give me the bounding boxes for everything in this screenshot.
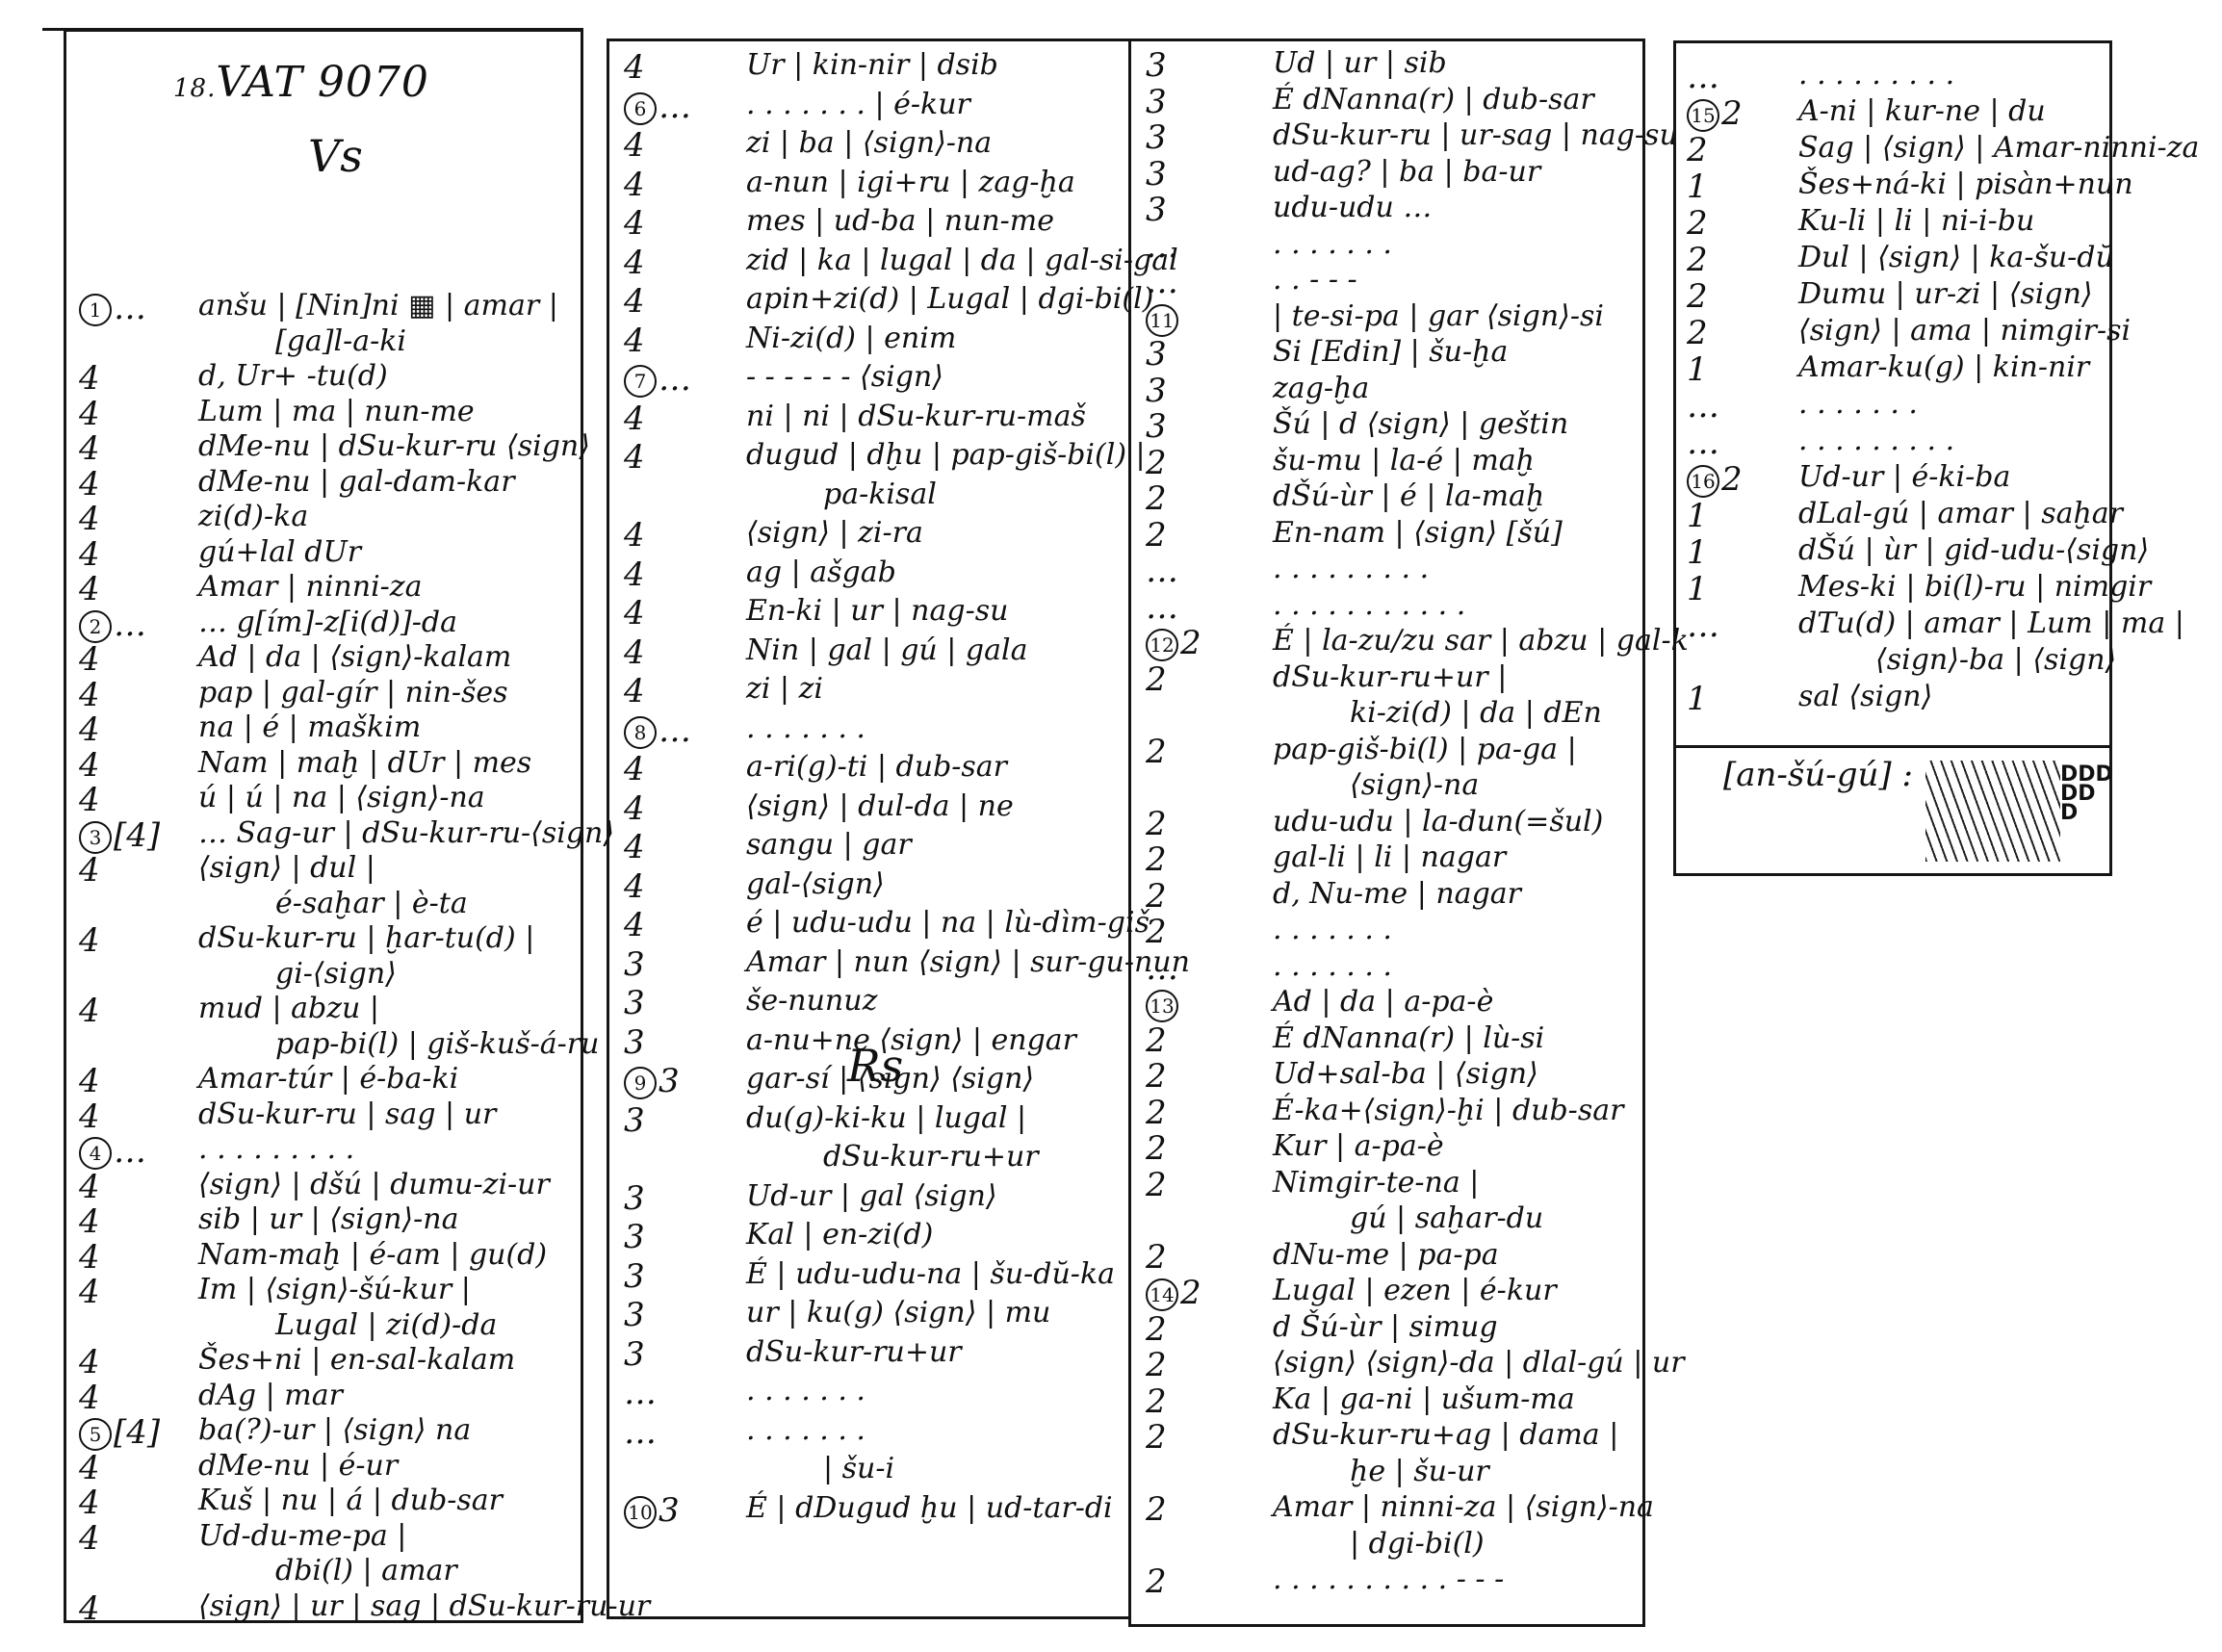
line-row: 4zi | zi — [607, 672, 1131, 710]
count-value: … — [114, 606, 146, 644]
line-count: 2 — [1146, 444, 1167, 482]
line-row: ⟨sign⟩-ba | ⟨sign⟩ — [1673, 643, 2112, 682]
transliteration-text: . . . . . . . . . — [1273, 552, 1429, 585]
count-value: 2 — [1180, 624, 1201, 662]
line-row: 6…. . . . . . . | é-kur — [607, 88, 1131, 126]
line-count: 4 — [79, 746, 100, 785]
count-value: 4 — [624, 166, 645, 204]
line-count: 4 — [79, 1202, 100, 1241]
line-row: 2dSu-kur-ru+ag | dama | — [1128, 1418, 1645, 1457]
transliteration-text: ú | ú | na | ⟨sign⟩-na — [198, 781, 485, 814]
count-value: 4 — [79, 1379, 100, 1417]
count-value: 4 — [79, 1589, 100, 1628]
line-count: 4 — [79, 710, 100, 749]
transliteration-text: sib | ur | ⟨sign⟩-na — [198, 1202, 458, 1236]
transliteration-text: Ud-du-me-pa | — [198, 1519, 406, 1553]
line-row: 3dSu-kur-ru | ur-sag | nag-su — [1128, 118, 1645, 157]
line-count: … — [624, 1413, 657, 1452]
count-value: 4 — [624, 555, 645, 594]
line-row: 3ur | ku(g) ⟨sign⟩ | mu — [607, 1296, 1131, 1334]
count-value: 4 — [624, 828, 645, 866]
transliteration-text: . . . . . . . — [1798, 387, 1918, 421]
line-row: …. . . . . . . — [1128, 227, 1645, 266]
count-value: 3 — [624, 1218, 645, 1256]
count-value: 3 — [659, 1491, 680, 1530]
line-row: 2…… g[ím]-z[i(d)]-da — [64, 606, 583, 644]
broken-area-hatching — [1925, 761, 2060, 862]
count-value: … — [1687, 607, 1719, 645]
count-value: 4 — [79, 1168, 100, 1206]
line-row: 4dMe-nu | dSu-kur-ru ⟨sign⟩ — [64, 429, 583, 468]
count-value: 2 — [1146, 1562, 1167, 1601]
line-count: 1… — [79, 289, 146, 327]
line-row: 3É dNanna(r) | dub-sar — [1128, 83, 1645, 121]
line-count: 4 — [624, 400, 645, 438]
line-row: 1Šes+ná-ki | pisàn+nun — [1673, 168, 2112, 206]
transliteration-text: Ad | da | ⟨sign⟩-kalam — [198, 640, 511, 674]
line-row: 1Mes-ki | bi(l)-ru | nimgir — [1673, 570, 2112, 608]
count-value: … — [1146, 552, 1178, 590]
transliteration-text: Amar | ninni-za — [198, 570, 423, 604]
line-count: 2 — [1146, 660, 1167, 699]
line-count: 2 — [1687, 131, 1708, 169]
line-count: 162 — [1687, 460, 1743, 499]
section-number-circle: 13 — [1146, 990, 1178, 1022]
count-value: … — [1687, 424, 1719, 462]
line-row: 5[4]ba(?)-ur | ⟨sign⟩ na — [64, 1413, 583, 1452]
line-count: 4 — [79, 921, 100, 960]
count-value: 2 — [1146, 1094, 1167, 1132]
section-number-circle: 14 — [1146, 1278, 1178, 1311]
transliteration-text: . . . . . . . . . . . — [1273, 588, 1465, 622]
transliteration-text: dSu-kur-ru+ag | dama | — [1273, 1418, 1618, 1452]
line-row: | šu-i — [607, 1452, 1131, 1490]
section-number-circle: 16 — [1687, 465, 1719, 498]
transliteration-text: Kur | a-pa-è — [1273, 1129, 1444, 1163]
transliteration-text: Dumu | ur-zi | ⟨sign⟩ — [1798, 277, 2093, 311]
count-value: 4 — [79, 992, 100, 1030]
line-row: 2Amar | ninni-za | ⟨sign⟩-na — [1128, 1490, 1645, 1529]
line-count: 3 — [624, 1296, 645, 1334]
transliteration-text: d, Nu-me | nagar — [1273, 877, 1521, 911]
line-count: 4 — [79, 465, 100, 503]
line-count: 4 — [79, 1449, 100, 1487]
line-row: 4zi(d)-ka — [64, 500, 583, 538]
line-count: 7… — [624, 360, 691, 399]
section-number-circle: 11 — [1146, 304, 1178, 337]
count-value: 3 — [1146, 191, 1167, 229]
count-value: 4 — [624, 48, 645, 87]
count-value: … — [1687, 58, 1719, 96]
line-row: 4Lum | ma | nun-me — [64, 395, 583, 433]
line-row: 4gal-⟨sign⟩ — [607, 867, 1131, 906]
count-value: 3 — [1146, 46, 1167, 85]
transliteration-text: dSu-kur-ru+ur — [823, 1140, 1039, 1174]
line-count: 1 — [1687, 680, 1708, 718]
line-row: 2. . . . . . . . . . - - - — [1128, 1562, 1645, 1601]
line-row: dSu-kur-ru+ur — [607, 1140, 1131, 1178]
line-count: 1 — [1687, 533, 1708, 572]
transliteration-text: pap | gal-gír | nin-šes — [198, 676, 508, 710]
count-value: 2 — [1146, 660, 1167, 699]
transliteration-text: zi | ba | ⟨sign⟩-na — [746, 126, 992, 160]
count-value: 3 — [624, 1101, 645, 1140]
line-row: 2Nimgir-te-na | — [1128, 1166, 1645, 1204]
line-count: 4 — [79, 429, 100, 468]
section-number-circle: 4 — [79, 1137, 112, 1170]
line-row: 4dMe-nu | gal-dam-kar — [64, 465, 583, 503]
count-value: 4 — [79, 1202, 100, 1241]
count-value: 4 — [79, 500, 100, 538]
transliteration-text: ⟨sign⟩ | zi-ra — [746, 516, 923, 550]
line-count: 4 — [79, 1168, 100, 1206]
transliteration-text: sangu | gar — [746, 828, 912, 862]
line-row: …dTu(d) | amar | Lum | ma | — [1673, 607, 2112, 645]
line-count: 2 — [1146, 877, 1167, 916]
transliteration-text: še-nunuz — [746, 984, 877, 1018]
transliteration-text: É dNanna(r) | lù-si — [1273, 1021, 1544, 1055]
line-count: 13 — [1146, 985, 1180, 1023]
line-row: 3[4]… Sag-ur | dSu-kur-ru-⟨sign⟩ — [64, 816, 583, 855]
line-row: 4Nam-maḫ | é-am | gu(d) — [64, 1238, 583, 1277]
transliteration-text: Nam | maḫ | dUr | mes — [198, 746, 531, 780]
transliteration-text: dNu-me | pa-pa — [1273, 1238, 1499, 1272]
line-count: 4 — [624, 828, 645, 866]
line-row: 2d Šú-ùr | simug — [1128, 1310, 1645, 1349]
count-value: 2 — [1146, 1346, 1167, 1384]
transliteration-text: anšu | [Nin]ni ▦ | amar | — [198, 289, 558, 323]
transliteration-text: Lugal | zi(d)-da — [275, 1308, 497, 1342]
transliteration-text: a-nu+ne ⟨sign⟩ | engar — [746, 1023, 1076, 1057]
line-row: 8…. . . . . . . — [607, 711, 1131, 750]
line-count: 4 — [79, 1097, 100, 1136]
transliteration-text: | dgi-bi(l) — [1350, 1527, 1485, 1561]
line-row: pap-bi(l) | giš-kuš-á-ru — [64, 1027, 583, 1066]
count-value: 4 — [79, 851, 100, 890]
line-count: 4 — [624, 594, 645, 632]
section-number-circle: 12 — [1146, 629, 1178, 661]
transliteration-text: du(g)-ki-ku | lugal | — [746, 1101, 1026, 1135]
transliteration-text: d Šú-ùr | simug — [1273, 1310, 1498, 1344]
transliteration-text: udu-udu … — [1273, 191, 1432, 224]
count-value: 4 — [79, 781, 100, 819]
line-row: 4Amar-túr | é-ba-ki — [64, 1062, 583, 1100]
line-row: …. . . . . . . . . — [1128, 552, 1645, 590]
line-row: 1dLal-gú | amar | saḫar — [1673, 497, 2112, 535]
line-count: 2 — [1146, 1129, 1167, 1168]
transliteration-text: mes | ud-ba | nun-me — [746, 204, 1054, 238]
line-row: 4sangu | gar — [607, 828, 1131, 866]
line-row: 13Ad | da | a-pa-è — [1128, 985, 1645, 1023]
count-value: 4 — [79, 1097, 100, 1136]
line-row: 3zag-ḫa — [1128, 372, 1645, 410]
count-value: 3 — [1146, 155, 1167, 194]
line-row: 4Ud-du-me-pa | — [64, 1519, 583, 1558]
count-value: 2 — [1146, 1057, 1167, 1096]
line-count: … — [1687, 387, 1719, 426]
line-count: 4 — [79, 500, 100, 538]
count-value: 4 — [79, 570, 100, 608]
transliteration-text: dTu(d) | amar | Lum | ma | — [1798, 607, 2184, 640]
transliteration-text: Nam-maḫ | é-am | gu(d) — [198, 1238, 547, 1272]
count-value: … — [659, 711, 691, 750]
line-row: 2Ka | ga-ni | ušum-ma — [1128, 1382, 1645, 1421]
line-row: 2gal-li | li | nagar — [1128, 840, 1645, 879]
transliteration-text: pap-giš-bi(l) | pa-ga | — [1273, 733, 1577, 766]
line-row: 2⟨sign⟩ ⟨sign⟩-da | dlal-gú | ur — [1128, 1346, 1645, 1384]
transliteration-text: Lugal | ezen | é-kur — [1273, 1274, 1557, 1307]
count-value: 3 — [1146, 407, 1167, 446]
line-row: 4Amar | ninni-za — [64, 570, 583, 608]
transliteration-text: dSu-kur-ru+ur — [746, 1335, 962, 1369]
line-row: 3Ud | ur | sib — [1128, 46, 1645, 85]
transliteration-text: apin+zi(d) | Lugal | dgi-bi(l) — [746, 282, 1153, 316]
section-number-circle: 6 — [624, 92, 657, 125]
transliteration-text: Ka | ga-ni | ušum-ma — [1273, 1382, 1575, 1416]
line-row: dbi(l) | amar — [64, 1554, 583, 1592]
line-count: 4 — [624, 750, 645, 788]
transliteration-text: Dul | ⟨sign⟩ | ka-šu-dŭ — [1798, 241, 2114, 274]
colophon-text: [an-šú-gú] : — [1723, 756, 1913, 794]
transliteration-text: gú | saḫar-du — [1350, 1201, 1543, 1235]
transliteration-text: ḫe | šu-ur — [1350, 1455, 1489, 1488]
line-row: 4Ad | da | ⟨sign⟩-kalam — [64, 640, 583, 679]
line-row: 2Sag | ⟨sign⟩ | Amar-ninni-za — [1673, 131, 2112, 169]
count-value: 2 — [1146, 444, 1167, 482]
line-row: 4é | udu-udu | na | lù-dìm-giš — [607, 906, 1131, 944]
line-count: 4 — [79, 1343, 100, 1381]
line-count: 2 — [1146, 1490, 1167, 1529]
line-row: 2Kur | a-pa-è — [1128, 1129, 1645, 1168]
line-count: 3 — [1146, 118, 1167, 157]
count-value: 1 — [1687, 533, 1708, 572]
line-row: ḫe | šu-ur — [1128, 1455, 1645, 1493]
count-value: 4 — [624, 322, 645, 360]
transliteration-text: gal-⟨sign⟩ — [746, 867, 885, 901]
transliteration-text: sal ⟨sign⟩ — [1798, 680, 1932, 713]
line-row: pa-kisal — [607, 478, 1131, 516]
transliteration-text: dMe-nu | gal-dam-kar — [198, 465, 515, 499]
line-count: 4 — [624, 166, 645, 204]
section-number-circle: 8 — [624, 716, 657, 749]
line-count: 4 — [79, 1589, 100, 1628]
count-value: 2 — [1687, 204, 1708, 243]
count-value: 4 — [624, 244, 645, 282]
line-row: 2. . . . . . . — [1128, 913, 1645, 951]
count-value: 3 — [624, 1296, 645, 1334]
line-row: 4sib | ur | ⟨sign⟩-na — [64, 1202, 583, 1241]
cuneiform-sign-cluster: DDDDDD — [2060, 765, 2113, 823]
line-row: 4dAg | mar — [64, 1379, 583, 1417]
line-count: 5[4] — [79, 1413, 160, 1452]
transliteration-text: . . . . . . . — [1273, 949, 1392, 983]
count-value: … — [1146, 227, 1178, 266]
count-value: 4 — [624, 516, 645, 555]
column-1: 1…anšu | [Nin]ni ▦ | amar |[ga]l-a-ki4d,… — [64, 0, 583, 1652]
count-value: 2 — [1687, 277, 1708, 316]
transliteration-text: Ud+sal-ba | ⟨sign⟩ — [1273, 1057, 1538, 1091]
transliteration-text: Amar-ku(g) | kin-nir — [1798, 350, 2089, 384]
line-count: 2 — [1146, 516, 1167, 555]
count-value: 4 — [624, 906, 645, 944]
transliteration-text: Amar | ninni-za | ⟨sign⟩-na — [1273, 1490, 1654, 1524]
transliteration-text: Kuš | nu | á | dub-sar — [198, 1484, 503, 1517]
transliteration-text: … g[ím]-z[i(d)]-da — [198, 606, 457, 639]
line-row: Lugal | zi(d)-da — [64, 1308, 583, 1347]
line-count: … — [1146, 227, 1178, 266]
transliteration-text: ud-ag? | ba | ba-ur — [1273, 155, 1540, 189]
count-value: … — [114, 1132, 146, 1171]
line-row: 3Amar | nun ⟨sign⟩ | sur-gu-nun — [607, 945, 1131, 984]
transliteration-text: Si [Edin] | šu-ḫa — [1273, 335, 1508, 369]
line-row: 3ud-ag? | ba | ba-ur — [1128, 155, 1645, 194]
line-count: 1 — [1687, 168, 1708, 206]
section-number-circle: 1 — [79, 294, 112, 326]
transliteration-text: gi-⟨sign⟩ — [275, 957, 397, 991]
transliteration-text: Ud-ur | é-ki-ba — [1798, 460, 2010, 494]
line-row: 2Dul | ⟨sign⟩ | ka-šu-dŭ — [1673, 241, 2112, 279]
count-value: 4 — [79, 1449, 100, 1487]
line-count: 4 — [624, 867, 645, 906]
line-count: 4 — [79, 851, 100, 890]
line-row: 4Ur | kin-nir | dsib — [607, 48, 1131, 87]
count-value: 2 — [1146, 805, 1167, 843]
count-value: 4 — [624, 400, 645, 438]
transliteration-text: É | la-zu/zu sar | abzu | gal-k — [1273, 624, 1689, 658]
line-row: 1Amar-ku(g) | kin-nir — [1673, 350, 2112, 389]
line-row: …. . . . . . . — [1128, 949, 1645, 988]
transliteration-text: . . . . . . . . . . - - - — [1273, 1562, 1504, 1596]
line-count: 4 — [624, 126, 645, 165]
transliteration-text: Šes+ni | en-sal-kalam — [198, 1343, 515, 1377]
line-row: 2É-ka+⟨sign⟩-ḫi | dub-sar — [1128, 1094, 1645, 1132]
count-value: 2 — [1687, 241, 1708, 279]
line-row: 152A-ni | kur-ne | du — [1673, 94, 2112, 133]
line-count: 3 — [624, 1101, 645, 1140]
line-count: 2 — [1687, 314, 1708, 352]
transliteration-text: . . . . . . . — [746, 711, 866, 745]
transliteration-text: dLal-gú | amar | saḫar — [1798, 497, 2123, 530]
transliteration-text: Ni-zi(d) | enim — [746, 322, 956, 355]
line-count: 3 — [624, 1023, 645, 1062]
line-count: 4 — [624, 48, 645, 87]
count-value: 4 — [79, 710, 100, 749]
transliteration-text: ⟨sign⟩ ⟨sign⟩-da | dlal-gú | ur — [1273, 1346, 1685, 1380]
line-count: 1 — [1687, 570, 1708, 608]
line-count: 3 — [1146, 46, 1167, 85]
transliteration-text: . . - - - — [1273, 263, 1357, 297]
transliteration-text: mud | abzu | — [198, 992, 379, 1025]
transliteration-text: zid | ka | lugal | da | gal-si-gal — [746, 244, 1178, 277]
line-row: …. . . . . . . — [1673, 387, 2112, 426]
line-row: 3Šú | d ⟨sign⟩ | geštin — [1128, 407, 1645, 446]
line-count: 2 — [1146, 1418, 1167, 1457]
line-count: 4 — [79, 1484, 100, 1522]
line-count: 1 — [1687, 497, 1708, 535]
count-value: 4 — [624, 750, 645, 788]
count-value: 2 — [1146, 1021, 1167, 1060]
line-row: 4Ni-zi(d) | enim — [607, 322, 1131, 360]
line-count: 2 — [1146, 1346, 1167, 1384]
transliteration-text: Nin | gal | gú | gala — [746, 633, 1028, 667]
line-row: 2dSu-kur-ru+ur | — [1128, 660, 1645, 699]
line-row: 4d, Ur+ -tu(d) — [64, 359, 583, 398]
transliteration-text: é-saḫar | è-ta — [275, 887, 468, 920]
line-count: 3 — [624, 1335, 645, 1374]
transliteration-text: É-ka+⟨sign⟩-ḫi | dub-sar — [1273, 1094, 1623, 1127]
line-row: 4Im | ⟨sign⟩-šú-kur | — [64, 1273, 583, 1311]
transliteration-text: ⟨sign⟩ | ama | nimgir-si — [1798, 314, 2131, 348]
line-row: 3Kal | en-zi(d) — [607, 1218, 1131, 1256]
line-count: … — [1687, 607, 1719, 645]
transliteration-text: zi | zi — [746, 672, 823, 706]
transliteration-text: Kal | en-zi(d) — [746, 1218, 933, 1252]
transliteration-text: [ga]l-a-ki — [275, 324, 406, 358]
transliteration-text: ki-zi(d) | da | dEn — [1350, 696, 1602, 730]
count-value: 1 — [1687, 497, 1708, 535]
line-count: 2… — [79, 606, 146, 644]
count-value: 4 — [79, 921, 100, 960]
line-count: 1 — [1687, 350, 1708, 389]
count-value: 4 — [79, 429, 100, 468]
count-value: … — [114, 289, 146, 327]
transliteration-text: ⟨sign⟩ | dšú | dumu-zi-ur — [198, 1168, 550, 1201]
transliteration-text: dbi(l) | amar — [275, 1554, 457, 1587]
line-count: 3 — [624, 1218, 645, 1256]
line-row: 3dSu-kur-ru+ur — [607, 1335, 1131, 1374]
line-count: 3 — [1146, 372, 1167, 410]
transliteration-text: ⟨sign⟩-ba | ⟨sign⟩ — [1875, 643, 2116, 677]
transliteration-text: Ud | ur | sib — [1273, 46, 1447, 80]
count-value: 2 — [1146, 1382, 1167, 1421]
transliteration-text: udu-udu | la-dun(=šul) — [1273, 805, 1603, 839]
transliteration-text: . . . . . . . . . — [1798, 424, 1954, 457]
transliteration-text: ⟨sign⟩ | ur | sag | dSu-kur-ru-ur — [198, 1589, 650, 1623]
transliteration-text: ⟨sign⟩-na — [1350, 768, 1479, 802]
transliteration-text: gal-li | li | nagar — [1273, 840, 1506, 874]
line-row: 3Ud-ur | gal ⟨sign⟩ — [607, 1179, 1131, 1218]
transliteration-text: A-ni | kur-ne | du — [1798, 94, 2046, 128]
transliteration-text: gú+lal dUr — [198, 535, 361, 569]
line-row: …. . . . . . . . . . . — [1128, 588, 1645, 627]
transliteration-text: . . . . . . . . . — [198, 1132, 354, 1166]
line-count: 3 — [1146, 335, 1167, 374]
count-value: 3 — [1146, 335, 1167, 374]
line-row: 4En-ki | ur | nag-su — [607, 594, 1131, 632]
line-count: 152 — [1687, 94, 1743, 133]
line-count: 4 — [79, 1238, 100, 1277]
transliteration-text: dugud | dḫu | pap-giš-bi(l) | — [746, 438, 1146, 472]
section-number-circle: 3 — [79, 821, 112, 854]
count-value: 4 — [79, 1484, 100, 1522]
line-count: 4 — [79, 676, 100, 714]
count-value: … — [1146, 949, 1178, 988]
count-value: 2 — [1146, 516, 1167, 555]
section-number-circle: 10 — [624, 1496, 657, 1529]
line-row: | dgi-bi(l) — [1128, 1527, 1645, 1565]
line-count: 3[4] — [79, 816, 160, 855]
line-row: 3É | udu-udu-na | šu-dŭ-ka — [607, 1257, 1131, 1296]
transliteration-text: Ur | kin-nir | dsib — [746, 48, 998, 82]
transliteration-text: dAg | mar — [198, 1379, 343, 1412]
transliteration-text: a-ri(g)-ti | dub-sar — [746, 750, 1007, 784]
line-row: 2pap-giš-bi(l) | pa-ga | — [1128, 733, 1645, 771]
transliteration-text: - - - - - - ⟨sign⟩ — [746, 360, 943, 394]
line-row: ki-zi(d) | da | dEn — [1128, 696, 1645, 735]
transliteration-text: Ku-li | li | ni-i-bu — [1798, 204, 2034, 238]
transliteration-text: ⟨sign⟩ | dul | — [198, 851, 375, 885]
line-count: … — [1146, 949, 1178, 988]
